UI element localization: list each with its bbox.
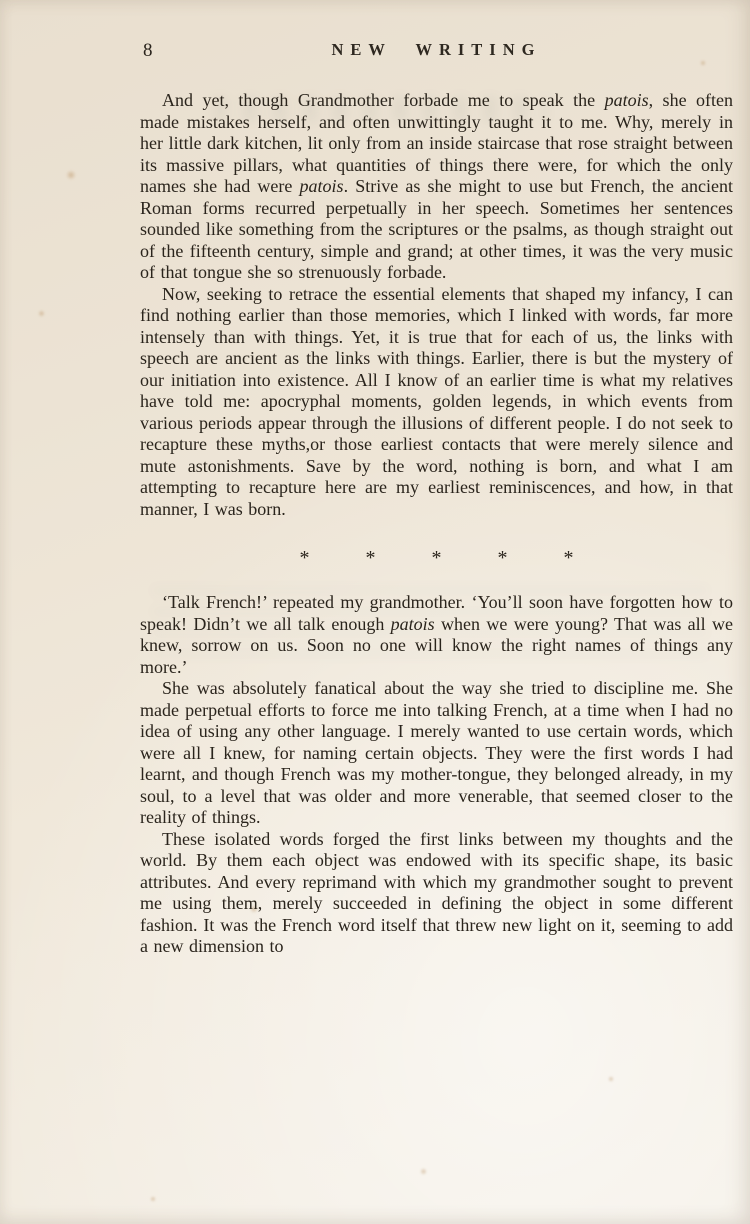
running-header: 8 NEW WRITING xyxy=(140,40,733,66)
section-break-asterisks: ***** xyxy=(140,547,733,571)
paragraph: ‘Talk French!’ repeated my grandmother. … xyxy=(140,592,733,678)
foxing-spot xyxy=(150,1196,156,1202)
text-run: These isolated words forged the first li… xyxy=(140,829,733,957)
asterisk-glyph: * xyxy=(498,547,508,571)
text-run: She was absolutely fanatical about the w… xyxy=(140,678,733,827)
page-number: 8 xyxy=(143,40,154,62)
running-header-title: NEW WRITING xyxy=(140,40,733,60)
foxing-spot xyxy=(420,1168,427,1175)
paragraph: She was absolutely fanatical about the w… xyxy=(140,678,733,829)
asterisk-glyph: * xyxy=(300,547,310,571)
book-page: 8 NEW WRITING And yet, though Grandmothe… xyxy=(0,0,750,1224)
paragraph: Now, seeking to retrace the essential el… xyxy=(140,284,733,521)
asterisk-glyph: * xyxy=(564,547,574,571)
text-run: Now, seeking to retrace the essential el… xyxy=(140,284,733,519)
asterisk-glyph: * xyxy=(432,547,442,571)
italic-text: patois xyxy=(391,614,435,634)
page-body: And yet, though Grandmother forbade me t… xyxy=(140,90,733,958)
italic-text: patois xyxy=(300,176,344,196)
text-run: And yet, though Grandmother forbade me t… xyxy=(162,90,605,110)
page-content: 8 NEW WRITING And yet, though Grandmothe… xyxy=(0,0,750,958)
paragraph: These isolated words forged the first li… xyxy=(140,829,733,958)
asterisk-glyph: * xyxy=(366,547,376,571)
foxing-spot xyxy=(608,1076,614,1082)
paragraph: And yet, though Grandmother forbade me t… xyxy=(140,90,733,284)
italic-text: patois xyxy=(605,90,649,110)
